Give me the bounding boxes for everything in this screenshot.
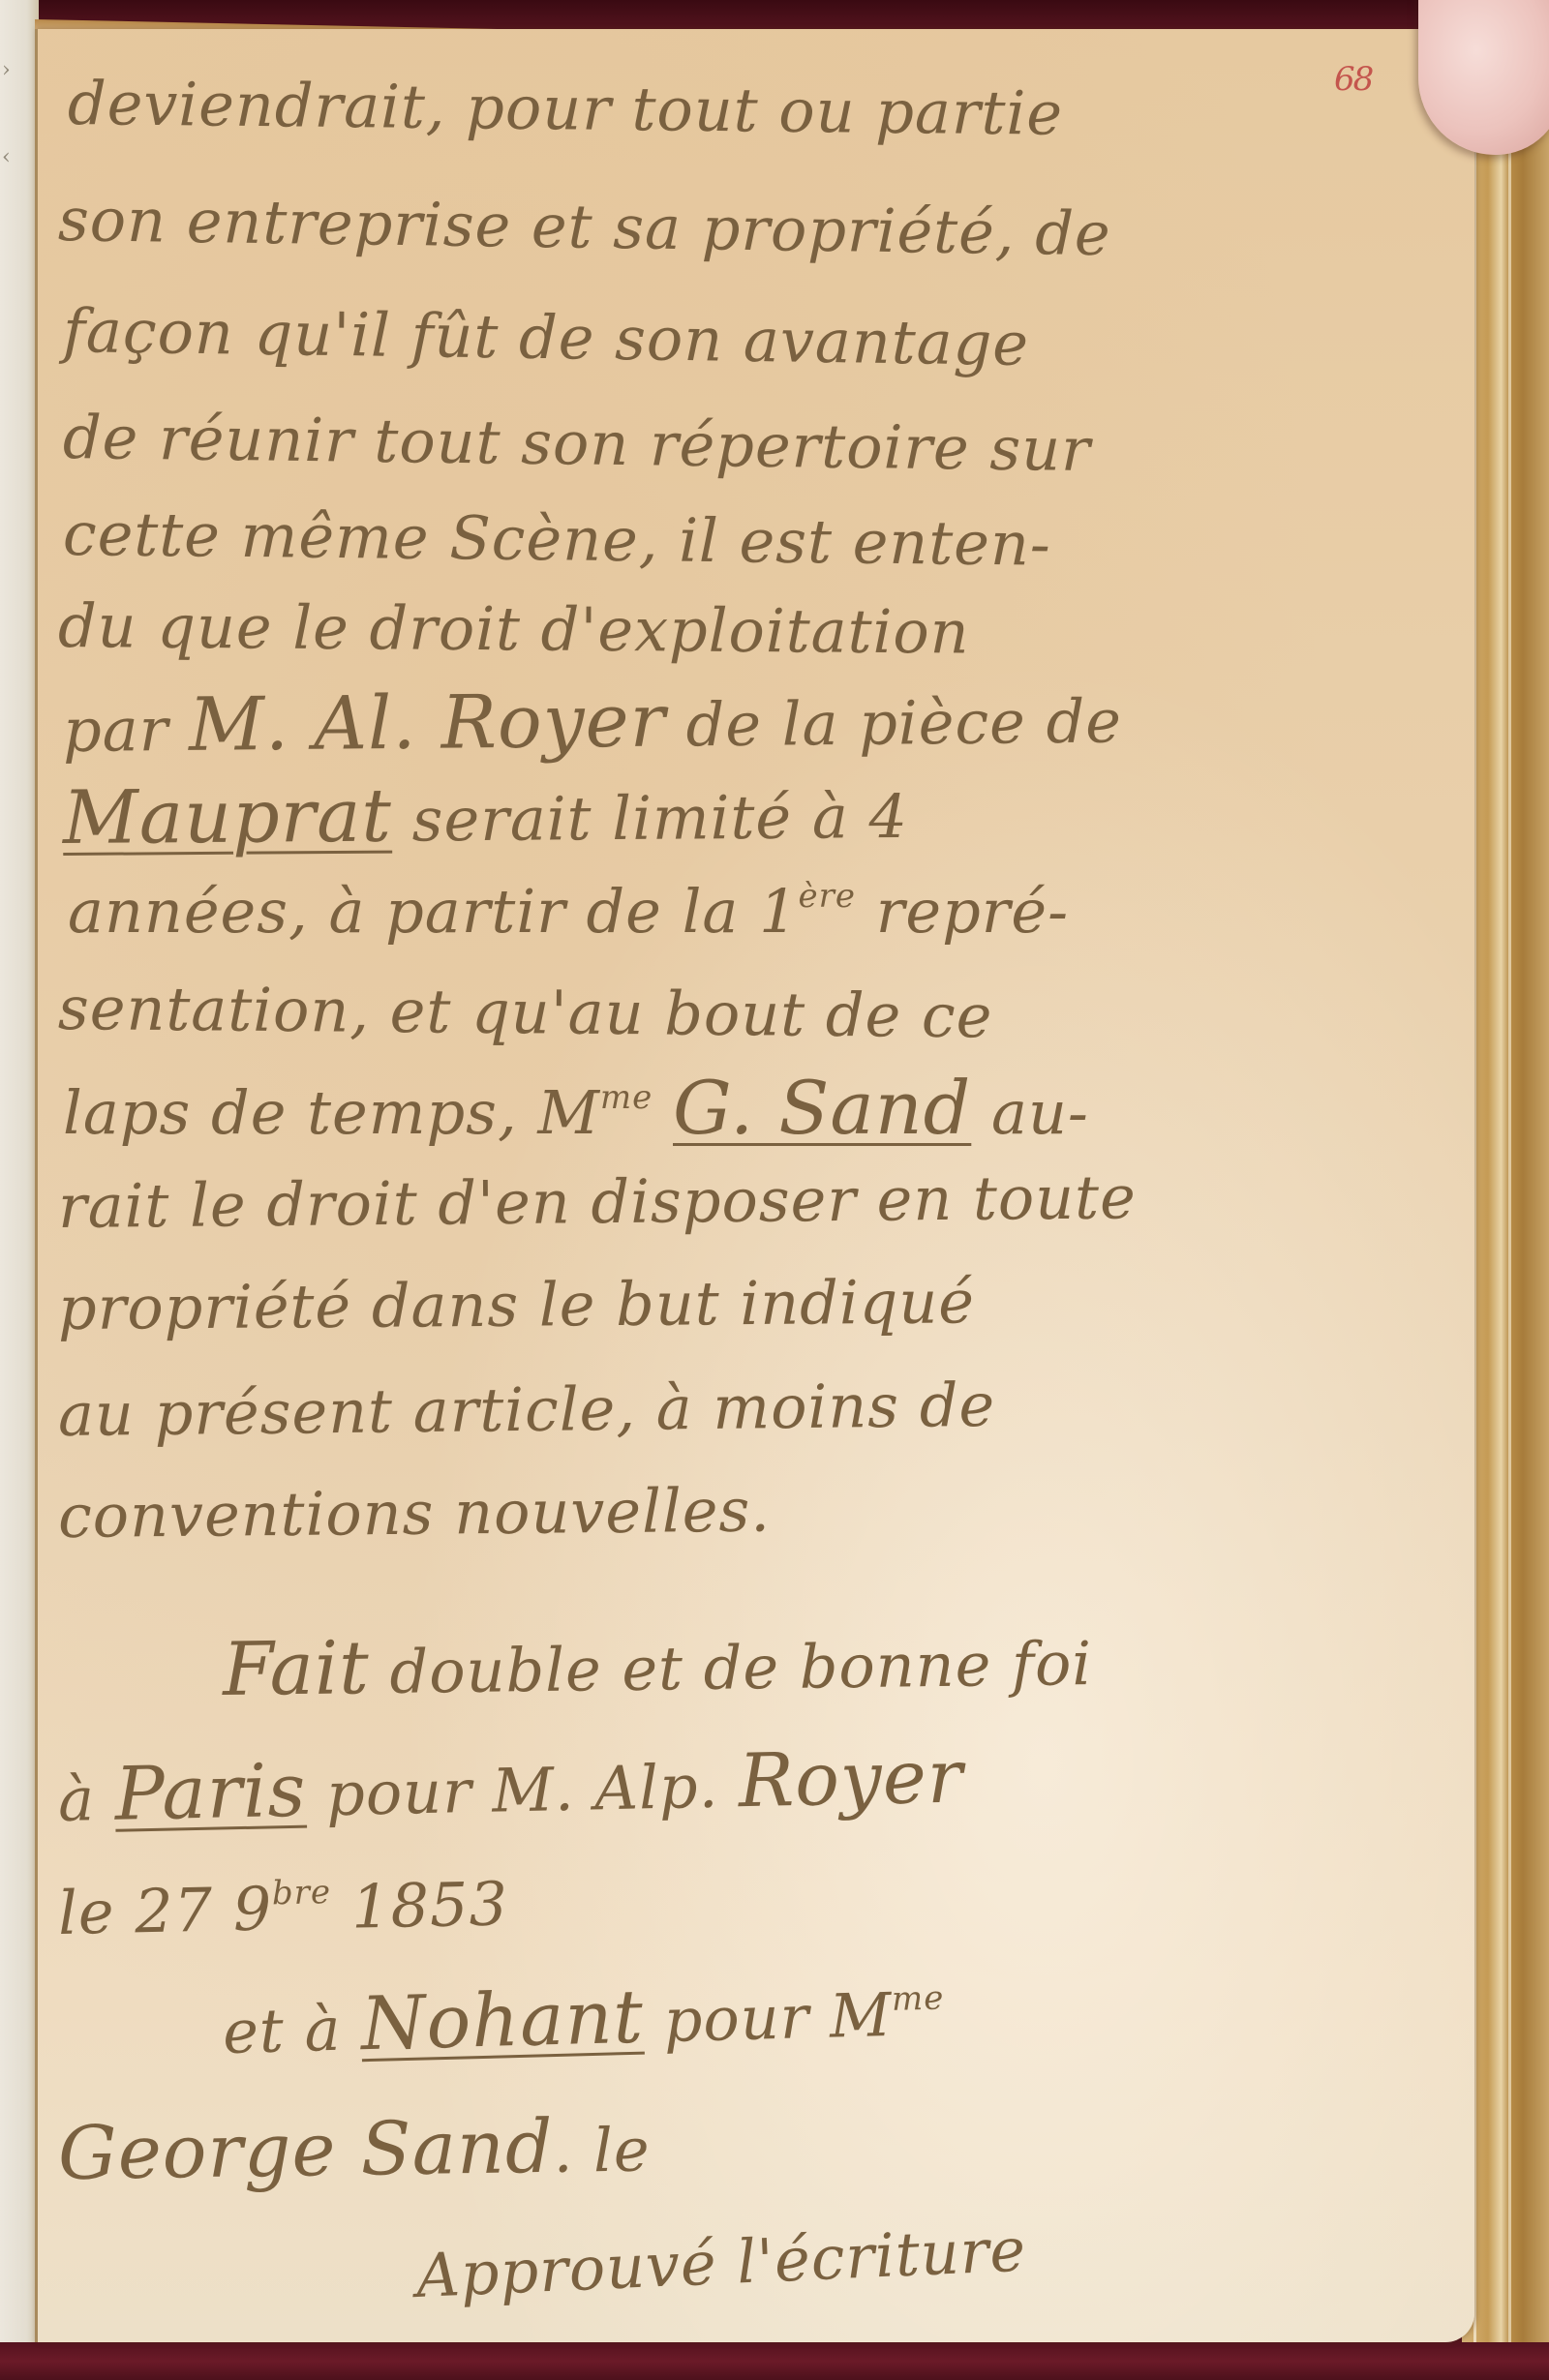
date-day: le 27 9 (57, 1873, 273, 1948)
manuscript-line-14: au présent article, à moins de (58, 1370, 996, 1450)
superscript: me (600, 1078, 653, 1117)
line-8-text: serait limité à 4 (392, 781, 908, 856)
royer-name: Royer (738, 1732, 964, 1823)
line-17-text: à (57, 1763, 115, 1835)
line-17-text: pour M. Alp. (306, 1750, 740, 1829)
facing-page-mark: › (2, 58, 11, 82)
date-year: 1853 (331, 1868, 509, 1943)
line-19-text: pour M (643, 1979, 893, 2057)
line-9-text: repré- (856, 876, 1069, 947)
page-stack-edge (1462, 58, 1549, 2342)
manuscript-line-12: rait le droit d'en disposer en toute (58, 1161, 1137, 1242)
manuscript-line-13: propriété dans le but indiqué (58, 1266, 975, 1343)
facing-page-mark: ‹ (2, 145, 11, 169)
superscript: ère (799, 877, 857, 916)
mauprat-title: Mauprat (63, 772, 393, 860)
line-19-text: et à (222, 1993, 362, 2067)
line-7-text: de la pièce de (666, 685, 1123, 760)
manuscript-line-7: par M. Al. Royer de la pièce de (63, 673, 1123, 768)
manuscript-line-10: sentation, et qu'au bout de ce (58, 973, 993, 1051)
nohant-place: Nohant (360, 1973, 645, 2067)
line-7-text: par (63, 694, 190, 766)
manuscript-line-16: Fait double et de bonne foi (222, 1615, 1092, 1712)
fait-word: Fait (222, 1624, 370, 1712)
manuscript-line-9: années, à partir de la 1ère repré- (68, 876, 1069, 947)
manuscript-line-5: cette même Scène, il est enten- (63, 498, 1052, 580)
manuscript-line-4: de réunir tout son répertoire sur (63, 402, 1092, 485)
manuscript-line-15: conventions nouvelles. (58, 1475, 772, 1552)
line-11-text: au- (971, 1077, 1089, 1148)
folio-number: 68 (1334, 60, 1372, 99)
manuscript-line-6: du que le droit d'exploitation (58, 590, 970, 668)
manuscript-line-3: façon qu'il fût de son avantage (62, 295, 1029, 379)
royer-name: M. Al. Royer (189, 678, 667, 768)
line-20-text: . le (553, 2114, 651, 2185)
george-sand-name: George Sand (57, 2103, 554, 2196)
manuscript-line-20: George Sand. le (57, 2101, 651, 2196)
manuscript-line-2: son entreprise et sa propriété, de (57, 184, 1111, 269)
manuscript-line-1: deviendrait, pour tout ou partie (68, 68, 1064, 149)
manuscript-line-8: Mauprat serait limité à 4 (63, 768, 909, 860)
line-11-text: laps de temps, M (63, 1077, 600, 1148)
superscript: bre (271, 1873, 331, 1913)
manuscript-line-18-date: le 27 9bre 1853 (57, 1868, 508, 1948)
manuscript-line-11: laps de temps, Mme G. Sand au- (63, 1065, 1089, 1151)
paris-place: Paris (114, 1747, 307, 1837)
superscript: me (891, 1978, 944, 2018)
spacer (653, 1077, 673, 1148)
line-9-text: années, à partir de la 1 (68, 876, 799, 947)
sand-name: G. Sand (673, 1065, 971, 1151)
facing-page-edge: › ‹ (0, 0, 39, 2342)
line-16-text: double et de bonne foi (369, 1628, 1092, 1707)
